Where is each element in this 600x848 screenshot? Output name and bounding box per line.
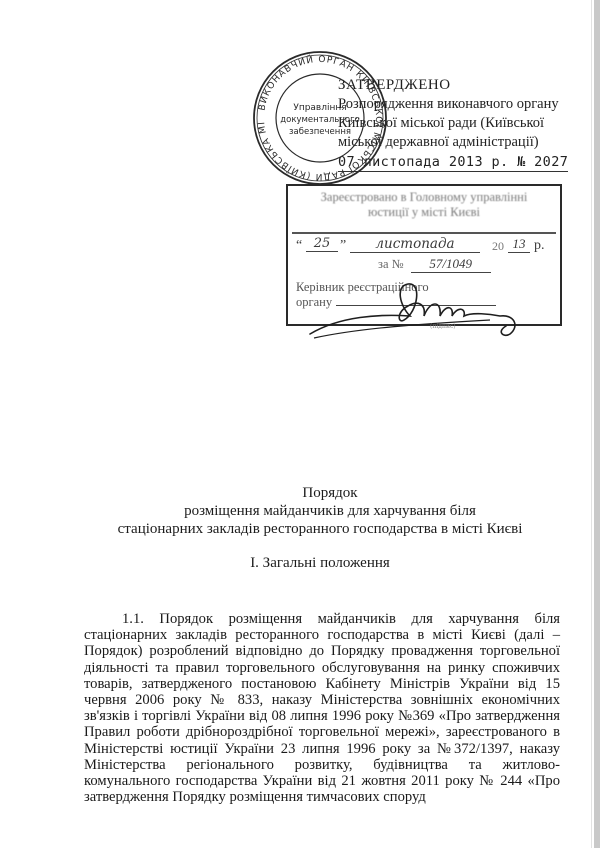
document-subtitle-line-2: стаціонарних закладів ресторанного госпо… xyxy=(0,520,600,538)
registration-day: 25 xyxy=(306,236,338,252)
open-quote: “ xyxy=(296,238,302,254)
registration-year-unit: р. xyxy=(534,238,545,254)
section-heading: І. Загальні положення xyxy=(0,555,600,572)
close-quote: ” xyxy=(340,238,346,254)
svg-text:документального: документального xyxy=(280,115,359,125)
registration-month: листопада xyxy=(350,236,480,253)
document-title-block: Порядок розміщення майданчиків для харчу… xyxy=(0,484,600,538)
body-text: 1.1. Порядок розміщення майданчиків для … xyxy=(84,611,560,805)
round-stamp-seal: ВИКОНАВЧИЙ ОРГАН КИЇВСЬКОЇ МІСЬКОЇ РАДИ … xyxy=(252,50,388,186)
svg-text:(підпис): (підпис) xyxy=(430,323,456,330)
signature-scribble-icon: (підпис) xyxy=(300,276,540,348)
svg-text:забезпечення: забезпечення xyxy=(289,127,351,137)
registration-divider xyxy=(292,232,556,234)
registration-stamp-header: Зареєстровано в Головному управлінні юст… xyxy=(288,186,560,220)
seal-icon: ВИКОНАВЧИЙ ОРГАН КИЇВСЬКОЇ МІСЬКОЇ РАДИ … xyxy=(252,50,388,186)
registration-year-prefix: 20 xyxy=(492,239,504,254)
document-subtitle-line-1: розміщення майданчиків для харчування бі… xyxy=(0,502,600,520)
registration-header-line-1: Зареєстровано в Головному управлінні xyxy=(288,190,560,205)
registration-number-label: за № xyxy=(378,257,404,271)
paragraph-1-1: 1.1. Порядок розміщення майданчиків для … xyxy=(84,611,560,805)
registration-date-row: “ 25 ” листопада 20 13 р. xyxy=(296,236,558,256)
svg-text:Управління: Управління xyxy=(293,103,346,113)
registration-number-row: за № 57/1049 xyxy=(378,256,491,274)
signature: (підпис) xyxy=(300,276,540,348)
registration-header-line-2: юстиції у місті Києві xyxy=(288,205,560,220)
registration-number: 57/1049 xyxy=(411,256,491,273)
registration-year-suffix: 13 xyxy=(508,236,530,253)
document-title: Порядок xyxy=(0,484,600,502)
